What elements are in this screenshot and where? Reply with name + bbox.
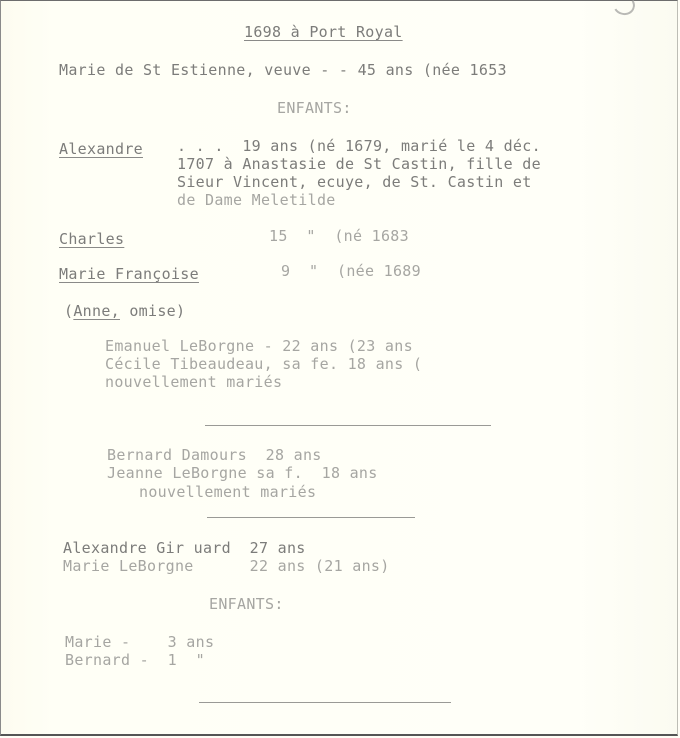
child-name-alexandre: Alexandre bbox=[59, 140, 143, 158]
corner-pen-mark bbox=[611, 0, 637, 18]
separator-line bbox=[205, 425, 491, 426]
child-detail-alexandre: . . . 19 ans (né 1679, marié le 4 déc. bbox=[177, 137, 541, 155]
household-2-line1: Emanuel LeBorgne - 22 ans (23 ans bbox=[105, 337, 413, 355]
household-4-line1: Alexandre Gir uard 27 ans bbox=[63, 539, 306, 557]
omitted-child-name: Anne, bbox=[73, 302, 120, 320]
typewritten-page: 1698 à Port Royal Marie de St Estienne, … bbox=[0, 0, 678, 736]
child-detail-alexandre-line2: 1707 à Anastasie de St Castin, fille de bbox=[177, 155, 541, 173]
child-detail-marie-francoise: 9 " (née 1689 bbox=[281, 262, 421, 280]
children-heading: ENFANTS: bbox=[277, 99, 352, 117]
household-2-line3: nouvellement mariés bbox=[105, 373, 282, 391]
household-4-child-1: Marie - 3 ans bbox=[65, 633, 214, 651]
household-4-children-heading: ENFANTS: bbox=[209, 595, 284, 613]
household-4-child-2: Bernard - 1 " bbox=[65, 651, 205, 669]
document-title: 1698 à Port Royal bbox=[244, 23, 403, 41]
separator-line bbox=[199, 702, 451, 703]
child-name-charles: Charles bbox=[59, 230, 124, 248]
child-detail-alexandre-line4: de Dame Meletilde bbox=[177, 191, 336, 209]
child-name-marie-francoise: Marie Françoise bbox=[59, 265, 209, 283]
child-detail-charles: 15 " (né 1683 bbox=[269, 227, 409, 245]
household-3-line2: Jeanne LeBorgne sa f. 18 ans bbox=[107, 464, 378, 482]
household-3-line1: Bernard Damours 28 ans bbox=[107, 446, 322, 464]
separator-line bbox=[207, 517, 415, 518]
omitted-child-note: (Anne, omise) bbox=[64, 302, 185, 320]
household-3-line3: nouvellement mariés bbox=[139, 483, 316, 501]
household-2-line2: Cécile Tibeaudeau, sa fe. 18 ans ( bbox=[105, 355, 422, 373]
head-of-household: Marie de St Estienne, veuve - - 45 ans (… bbox=[59, 61, 507, 79]
household-4-line2: Marie LeBorgne 22 ans (21 ans) bbox=[63, 557, 390, 575]
child-detail-alexandre-line3: Sieur Vincent, ecuye, de St. Castin et bbox=[177, 173, 532, 191]
